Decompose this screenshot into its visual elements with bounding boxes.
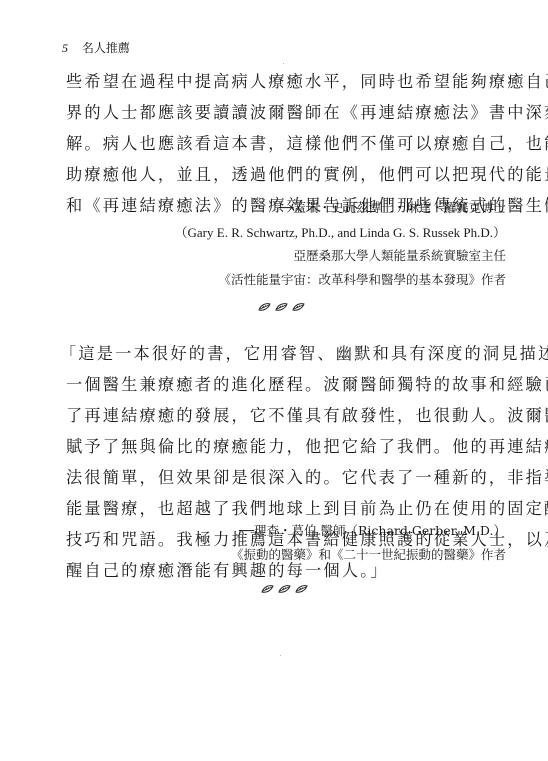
quote-1-attribution-title: 亞歷桑那大學人類能量系統實驗室主任 [293,246,506,264]
text-line: 「這是一本很好的書，它用睿智、幽默和具有深度的洞見描述了 [60,338,500,369]
leaf-ornament-divider [261,585,308,593]
running-header: 5 名人推薦 [62,39,130,56]
quote-1-attribution-name: ──蓋瑞・史瓦茲博士・琳達・羅賽克博士 [278,198,506,216]
leaf-ornament-icon [258,303,271,311]
page-number: 5 [62,41,68,55]
leaf-ornament-icon [275,303,288,311]
text-line: 解。病人也應該看這本書，這樣他們不僅可以療癒自己，也能夠協 [66,128,506,159]
quote-1-attribution-english: （Gary E. R. Schwartz, Ph.D., and Linda G… [175,222,506,241]
quote-2-attribution-book: 《振動的醫藥》和《二十一世紀振動的醫藥》作者 [231,545,506,563]
section-title: 名人推薦 [82,41,130,55]
leaf-ornament-icon [295,585,308,593]
text-line: 些希望在過程中提高病人療癒水平，同時也希望能夠療癒自己的醫 [66,66,506,97]
text-line: 一個醫生兼療癒者的進化歷程。波爾醫師獨特的故事和經驗已引領 [66,369,500,400]
scan-speck [283,63,284,64]
leaf-ornament-icon [278,585,291,593]
quote-2-attribution-name: ──理查・葛伯 醫師（Richard Gerber, M.D.） [239,521,506,539]
text-line: 賦予了無與倫比的療癒能力，他把它給了我們。他的再連結療癒方 [66,431,500,462]
leaf-ornament-icon [292,303,305,311]
scan-speck [280,655,281,656]
text-line: 界的人士都應該要讀讀波爾醫師在《再連結療癒法》書中深刻的見 [66,97,506,128]
leaf-ornament-divider [258,303,305,311]
text-line: 助療癒他人，並且，透過他們的實例，他們可以把現代的能量醫療 [66,159,506,190]
text-line: 了再連結療癒的發展，它不僅具有啟發性，也很動人。波爾醫師被 [66,400,500,431]
leaf-ornament-icon [261,585,274,593]
quote-1-attribution-book: 《活性能量宇宙：改革科學和醫學的基本發現》作者 [218,270,506,288]
text-line: 能量醫療，也超越了我們地球上到目前為止仍在使用的固定配方、 [66,493,500,524]
text-line: 法很簡單，但效果卻是很深入的。它代表了一種新的，非指導性的 [66,462,500,493]
